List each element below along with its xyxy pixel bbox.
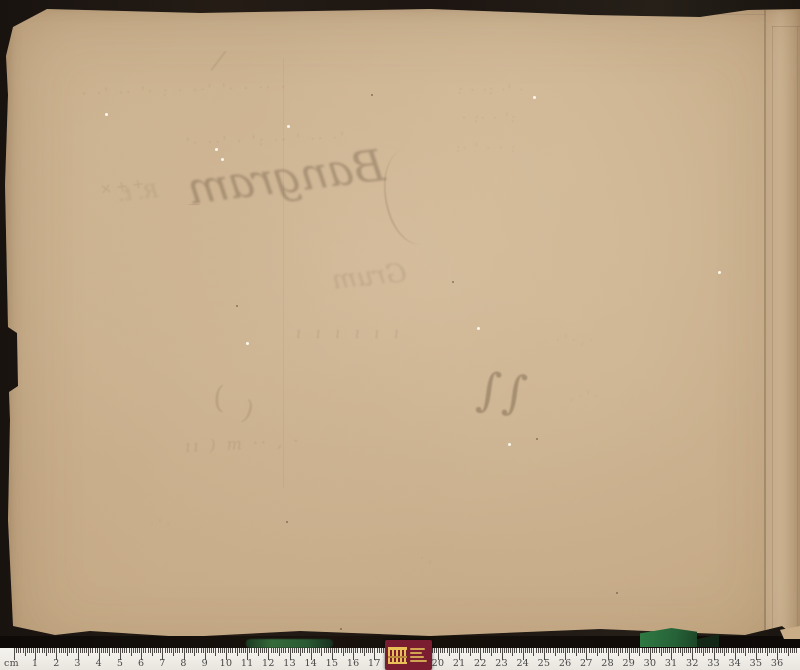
ruler-tick <box>31 648 32 653</box>
ruler-tick <box>718 648 719 653</box>
ruler-tick <box>215 648 216 656</box>
paper-hole-speck <box>287 125 290 128</box>
dust-speck <box>340 628 342 630</box>
ruler-tick <box>48 648 49 653</box>
page-crease <box>772 26 773 632</box>
ruler-tick <box>241 648 242 653</box>
ruler-tick <box>232 648 233 653</box>
ruler-tick <box>531 648 532 653</box>
ruler-tick <box>33 648 34 653</box>
ruler-tick <box>273 648 274 653</box>
ruler-tick <box>20 648 21 653</box>
ruler-tick <box>684 648 685 653</box>
bleed-low-b: · , <box>420 552 432 565</box>
ruler-tick <box>485 648 486 653</box>
ruler-tick <box>514 648 515 653</box>
ruler-tick <box>635 648 636 653</box>
ruler-tick <box>599 648 600 653</box>
ruler-tick <box>129 648 130 653</box>
ruler-tick <box>720 648 721 653</box>
ruler-number: 16 <box>347 658 360 669</box>
ruler-tick <box>368 648 369 653</box>
ruler-tick <box>16 648 17 653</box>
ruler-tick <box>18 648 19 653</box>
ruler-tick <box>739 648 740 653</box>
ruler-tick <box>516 648 517 653</box>
ruler-number: 13 <box>283 658 296 669</box>
ruler-tick <box>726 648 727 653</box>
ruler-tick <box>737 648 738 653</box>
ruler-tick <box>625 648 626 653</box>
ruler-number: 23 <box>495 658 508 669</box>
ruler-tick <box>109 648 110 656</box>
bleed-right-mid-b: , · ' · <box>570 390 598 403</box>
ruler-tick <box>124 648 125 653</box>
ruler-tick <box>758 648 759 653</box>
ruler-tick <box>126 648 127 653</box>
ruler-tick <box>680 648 681 653</box>
ruler-tick <box>451 648 452 653</box>
ruler-tick <box>156 648 157 653</box>
ruler-number: 2 <box>53 658 59 669</box>
bleed-flourish-word: Grum <box>331 260 408 294</box>
ruler-tick <box>304 648 305 653</box>
ruler-tick <box>478 648 479 653</box>
ruler-tick <box>160 648 161 653</box>
paper-hole-speck <box>477 327 480 330</box>
ruler-tick <box>786 648 787 653</box>
ruler-tick <box>370 648 371 653</box>
ruler-tick <box>595 648 596 653</box>
ruler-tick <box>171 648 172 653</box>
ruler-tick <box>362 648 363 653</box>
ruler-tick <box>54 648 55 653</box>
ruler-tick <box>574 648 575 653</box>
ruler-tick <box>434 648 435 653</box>
dust-speck <box>286 521 288 523</box>
ruler-tick <box>690 648 691 653</box>
ruler-tick <box>603 648 604 653</box>
ruler-tick <box>27 648 28 653</box>
ruler-tick <box>440 648 441 653</box>
ruler-tick <box>497 648 498 653</box>
ruler-number: 30 <box>644 658 657 669</box>
ruler-tick <box>709 648 710 653</box>
ruler-tick <box>633 648 634 653</box>
ruler-tick <box>622 648 623 653</box>
ruler-tick <box>712 648 713 653</box>
ruler-number: 10 <box>220 658 233 669</box>
ruler-tick <box>222 648 223 653</box>
ruler-tick <box>239 648 240 653</box>
ruler-tick <box>105 648 106 653</box>
ruler-tick <box>771 648 772 653</box>
ruler-tick <box>538 648 539 653</box>
ruler-tick <box>254 648 255 653</box>
ruler-tick <box>328 648 329 653</box>
ruler-tick <box>137 648 138 653</box>
ruler: cm 1234567891011121314151617181920212223… <box>0 648 800 670</box>
ruler-tick <box>601 648 602 653</box>
ruler-tick <box>112 648 113 653</box>
ruler-tick <box>697 648 698 653</box>
ruler-tick <box>593 648 594 653</box>
ruler-tick <box>716 648 717 653</box>
ruler-tick <box>169 648 170 653</box>
ruler-number: 4 <box>96 658 102 669</box>
ruler-tick <box>298 648 299 653</box>
ruler-tick <box>245 648 246 653</box>
ruler-tick <box>131 648 132 656</box>
ruler-tick <box>760 648 761 653</box>
ruler-tick <box>642 648 643 653</box>
ruler-tick <box>580 648 581 653</box>
ruler-tick <box>792 648 793 653</box>
ruler-tick <box>190 648 191 653</box>
ruler-tick <box>731 648 732 653</box>
ruler-tick <box>235 648 236 653</box>
ruler-tick <box>294 648 295 653</box>
ruler-tick <box>444 648 445 653</box>
ruler-tick <box>796 648 797 653</box>
dust-speck <box>616 592 618 594</box>
ruler-tick <box>326 648 327 653</box>
ruler-tick <box>228 648 229 653</box>
ruler-tick <box>249 648 250 653</box>
ruler-tick <box>201 648 202 653</box>
ruler-tick <box>695 648 696 653</box>
ruler-tick <box>143 648 144 653</box>
ruler-number: 22 <box>474 658 487 669</box>
bleed-red-dash: — <box>188 198 200 210</box>
ruler-tick <box>90 648 91 653</box>
ruler-tick <box>279 648 280 656</box>
ruler-tick <box>504 648 505 653</box>
ruler-tick <box>86 648 87 653</box>
ruler-tick <box>275 648 276 653</box>
ruler-tick <box>790 648 791 653</box>
ruler-tick <box>237 648 238 656</box>
ruler-tick <box>203 648 204 653</box>
ruler-tick <box>508 648 509 653</box>
ruler-tick <box>637 648 638 653</box>
ruler-tick <box>686 648 687 653</box>
ruler-tick <box>765 648 766 653</box>
ruler-number: 8 <box>180 658 186 669</box>
ruler-tick <box>42 648 43 653</box>
ruler-tick <box>688 648 689 653</box>
ruler-tick <box>69 648 70 653</box>
bleed-column-c: :· ' · · : <box>456 142 517 155</box>
ruler-tick <box>165 648 166 653</box>
ruler-number: 27 <box>580 658 593 669</box>
ruler-tick <box>372 648 373 653</box>
ruler-tick <box>50 648 51 653</box>
ruler-tick <box>449 648 450 656</box>
ruler-tick <box>728 648 729 653</box>
ruler-tick <box>23 648 24 653</box>
ruler-tick <box>118 648 119 653</box>
ruler-tick <box>150 648 151 653</box>
ruler-tick <box>283 648 284 653</box>
page-crease <box>772 26 800 27</box>
ruler-tick <box>211 648 212 653</box>
ruler-tick <box>707 648 708 653</box>
ruler-tick <box>82 648 83 653</box>
ruler-number: 32 <box>686 658 699 669</box>
page-crease <box>764 10 766 632</box>
ruler-tick <box>209 648 210 653</box>
bleed-column-b: · :· · ': <box>462 112 517 125</box>
ruler-tick <box>466 648 467 653</box>
paper-hole-speck <box>718 271 721 274</box>
ruler-tick <box>296 648 297 653</box>
ruler-tick <box>175 648 176 653</box>
building-icon <box>388 647 407 664</box>
ruler-tick <box>663 648 664 653</box>
ruler-tick <box>92 648 93 653</box>
ruler-tick <box>61 648 62 653</box>
ruler-tick <box>80 648 81 653</box>
ruler-tick <box>360 648 361 653</box>
ruler-tick <box>285 648 286 653</box>
ruler-tick <box>463 648 464 653</box>
ruler-tick <box>489 648 490 653</box>
ruler-tick <box>179 648 180 653</box>
ruler-tick <box>220 648 221 653</box>
ruler-tick <box>133 648 134 653</box>
ruler-tick <box>349 648 350 653</box>
page-crease <box>797 26 798 632</box>
ruler-tick <box>25 648 26 656</box>
ruler-tick <box>65 648 66 653</box>
ruler-tick <box>302 648 303 653</box>
ruler-tick <box>627 648 628 653</box>
ruler-tick <box>457 648 458 653</box>
ruler-tick <box>355 648 356 653</box>
ruler-number: 14 <box>304 658 317 669</box>
ruler-tick <box>548 648 549 653</box>
ruler-tick <box>724 648 725 656</box>
ruler-tick <box>555 648 556 656</box>
ruler-tick <box>606 648 607 653</box>
document-page: BangramR. t.× + +—Grum· ·' ·· '· : · ··'… <box>0 0 800 670</box>
ruler-tick <box>351 648 352 653</box>
ruler-tick <box>705 648 706 653</box>
ruler-tick <box>779 648 780 653</box>
ruler-tick <box>260 648 261 653</box>
dust-speck <box>536 438 538 440</box>
ruler-number: 5 <box>117 658 123 669</box>
ruler-tick <box>73 648 74 653</box>
ruler-tick <box>381 648 382 653</box>
ruler-tick <box>550 648 551 653</box>
ruler-tick <box>527 648 528 653</box>
ruler-tick <box>474 648 475 653</box>
ruler-tick <box>669 648 670 653</box>
ruler-tick <box>631 648 632 653</box>
ruler-tick <box>519 648 520 653</box>
ruler-tick <box>114 648 115 653</box>
ruler-tick <box>781 648 782 653</box>
ruler-tick <box>612 648 613 653</box>
logo-text-lines <box>410 648 429 662</box>
ruler-tick <box>699 648 700 653</box>
bleed-j-strokes: ∫∫ <box>475 365 531 416</box>
bleed-column-a: : · ·: ·' · <box>458 84 525 97</box>
ruler-tick <box>673 648 674 653</box>
ruler-tick <box>364 648 365 656</box>
ruler-tick <box>188 648 189 653</box>
ruler-tick <box>563 648 564 653</box>
page-crease <box>660 14 765 15</box>
ruler-tick <box>281 648 282 653</box>
ruler-tick <box>71 648 72 653</box>
ruler-tick <box>500 648 501 653</box>
ruler-tick <box>553 648 554 653</box>
ruler-tick <box>722 648 723 653</box>
ruler-tick <box>334 648 335 653</box>
ruler-tick <box>103 648 104 653</box>
ruler-tick <box>461 648 462 653</box>
ruler-number: 34 <box>728 658 741 669</box>
ruler-tick <box>767 648 768 656</box>
ruler-tick <box>37 648 38 653</box>
ruler-tick <box>230 648 231 653</box>
ruler-tick <box>243 648 244 653</box>
ruler-tick <box>589 648 590 653</box>
paper-hole-speck <box>105 113 108 116</box>
ruler-tick <box>773 648 774 653</box>
ruler-tick <box>536 648 537 653</box>
ruler-tick <box>341 648 342 653</box>
ruler-tick <box>59 648 60 653</box>
ruler-tick <box>97 648 98 653</box>
ruler-tick <box>321 648 322 656</box>
ruler-tick <box>315 648 316 653</box>
ruler-tick <box>186 648 187 653</box>
ruler-tick <box>44 648 45 653</box>
ruler-tick <box>101 648 102 653</box>
ruler-tick <box>646 648 647 653</box>
ruler-tick <box>576 648 577 656</box>
page-crease <box>283 58 284 488</box>
ruler-tick <box>661 648 662 656</box>
green-mat-patch-left <box>246 639 333 648</box>
ruler-tick <box>495 648 496 653</box>
ruler-tick <box>264 648 265 653</box>
ruler-tick <box>733 648 734 653</box>
ruler-number: 6 <box>138 658 144 669</box>
ruler-tick <box>667 648 668 653</box>
ruler-tick <box>743 648 744 653</box>
ruler-tick <box>470 648 471 656</box>
ruler-tick <box>319 648 320 653</box>
bleed-low-a: · ' · <box>150 518 170 531</box>
ruler-tick <box>256 648 257 653</box>
ruler-tick <box>472 648 473 653</box>
ruler-tick <box>487 648 488 653</box>
ruler-tick <box>584 648 585 653</box>
ruler-tick <box>207 648 208 653</box>
ruler-tick <box>218 648 219 653</box>
ruler-tick <box>510 648 511 653</box>
ruler-tick <box>652 648 653 653</box>
ruler-tick <box>644 648 645 653</box>
ruler-tick <box>262 648 263 653</box>
ruler-tick <box>52 648 53 653</box>
ruler-tick <box>468 648 469 653</box>
ruler-tick <box>383 648 384 653</box>
ruler-tick <box>752 648 753 653</box>
ruler-number: 9 <box>202 658 208 669</box>
ruler-tick <box>529 648 530 653</box>
ruler-tick <box>701 648 702 653</box>
ruler-tick <box>682 648 683 656</box>
ruler-tick <box>251 648 252 653</box>
ruler-number: 29 <box>622 658 635 669</box>
ruler-tick <box>152 648 153 656</box>
ruler-number: 1 <box>32 658 38 669</box>
ruler-tick <box>542 648 543 653</box>
ruler-tick <box>107 648 108 653</box>
ruler-number: 12 <box>262 658 275 669</box>
ruler-tick <box>453 648 454 653</box>
ruler-tick <box>213 648 214 653</box>
ruler-tick <box>493 648 494 653</box>
ruler-tick <box>506 648 507 653</box>
bleed-tick-row: ı ı ı ı ı ı <box>296 326 404 341</box>
dust-speck <box>371 94 373 96</box>
ruler-tick <box>158 648 159 653</box>
ruler-number: 36 <box>771 658 784 669</box>
bleed-right-mid-a: · ' · , · <box>556 334 593 347</box>
ruler-tick <box>338 648 339 653</box>
ruler-tick <box>455 648 456 653</box>
ruler-tick <box>46 648 47 656</box>
ruler-tick <box>148 648 149 653</box>
ruler-tick <box>177 648 178 653</box>
ruler-number: 26 <box>559 658 572 669</box>
scanned-manuscript-view: BangramR. t.× + +—Grum· ·' ·· '· : · ··'… <box>0 0 800 670</box>
ruler-number: 24 <box>516 658 529 669</box>
ruler-tick <box>196 648 197 653</box>
ruler-tick <box>313 648 314 653</box>
ruler-tick <box>379 648 380 653</box>
ruler-tick <box>546 648 547 653</box>
ruler-tick <box>788 648 789 656</box>
ruler-tick <box>572 648 573 653</box>
ruler-tick <box>748 648 749 653</box>
ruler-tick <box>194 648 195 656</box>
ruler-tick <box>436 648 437 653</box>
paper-hole-speck <box>508 443 511 446</box>
ruler-tick <box>173 648 174 656</box>
ruler-tick <box>614 648 615 653</box>
ruler-tick <box>610 648 611 653</box>
ruler-tick <box>656 648 657 653</box>
ruler-tick <box>63 648 64 653</box>
paper-hole-speck <box>221 158 224 161</box>
ruler-tick <box>745 648 746 656</box>
archive-logo <box>385 640 432 670</box>
ruler-tick <box>192 648 193 653</box>
ruler-tick <box>639 648 640 656</box>
ruler-unit-label: cm <box>4 658 19 669</box>
ruler-tick <box>347 648 348 653</box>
ruler-tick <box>491 648 492 656</box>
ruler-tick <box>182 648 183 653</box>
